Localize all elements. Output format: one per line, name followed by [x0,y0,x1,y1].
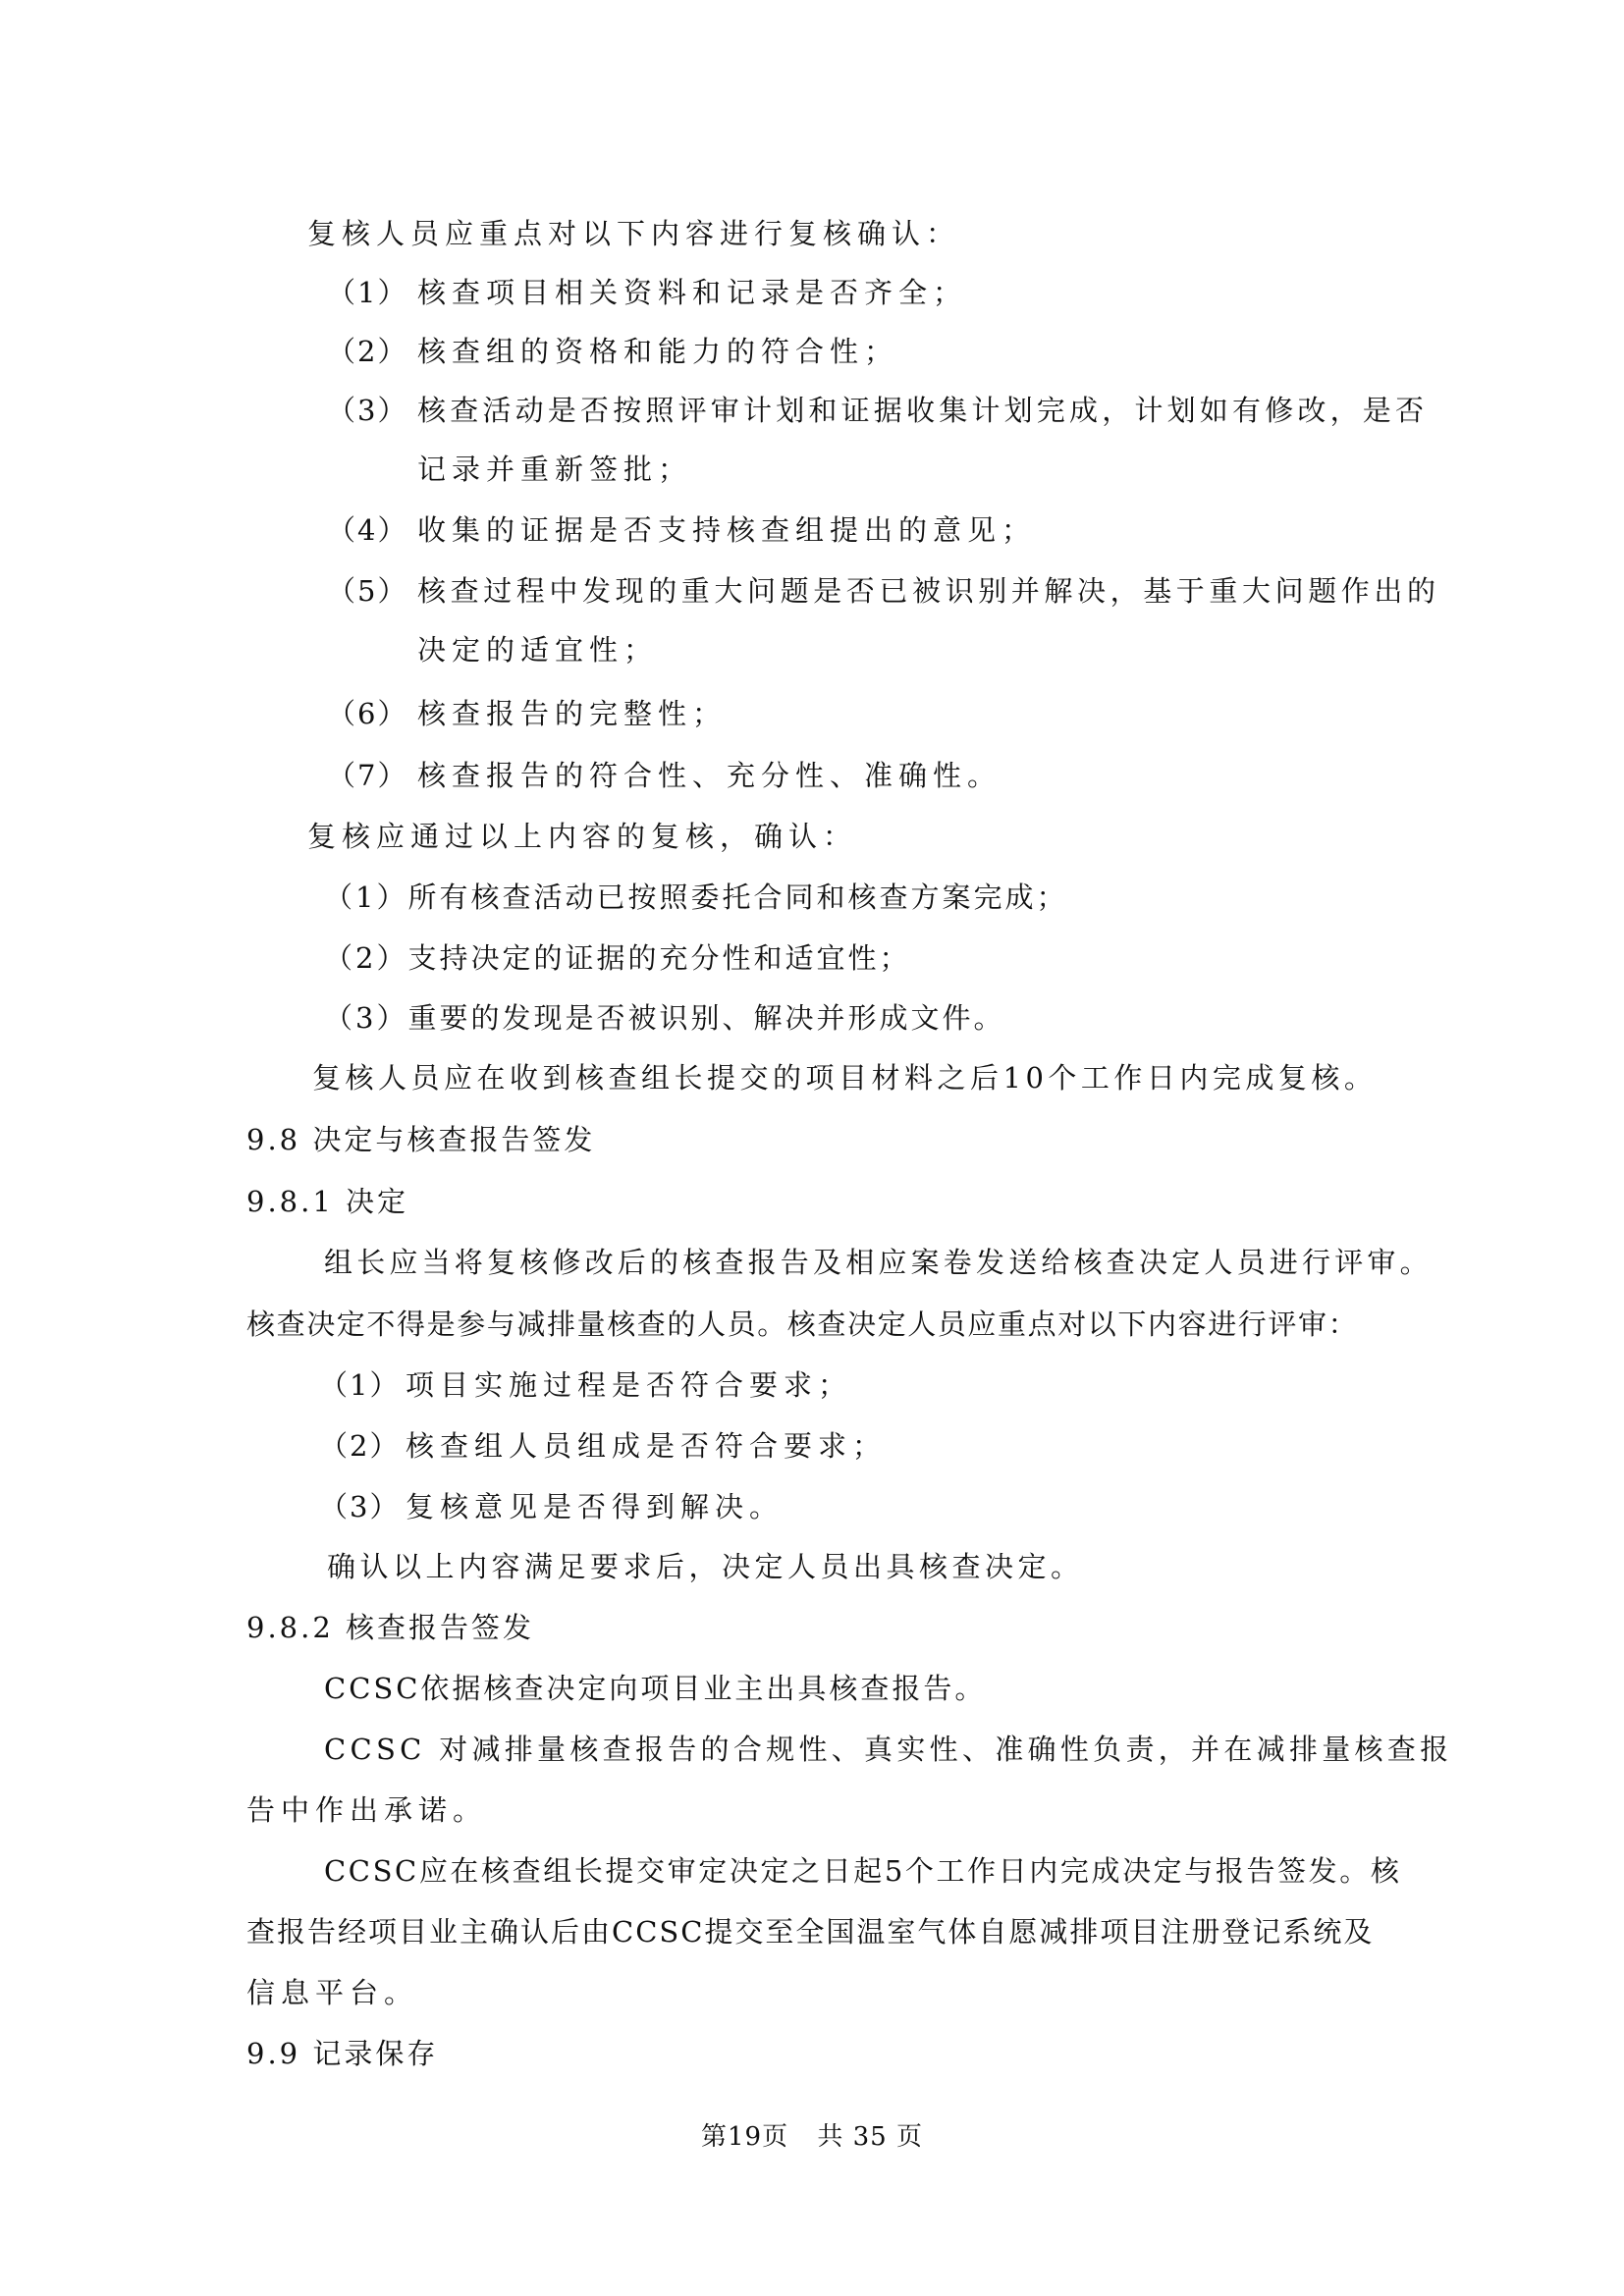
review-item-3-cont: 记录并重新签批； [417,452,692,487]
review-item-6-num: （6） [327,696,407,731]
review-deadline-para: 复核人员应在收到核查组长提交的项目材料之后10个工作日内完成复核。 [312,1060,1377,1095]
issue-para-2-line2: 告中作出承诺。 [246,1792,487,1828]
decision-item-1-num: （1） [319,1367,400,1403]
issue-para-1: CCSC依据核查决定向项目业主出具核查报告。 [324,1671,986,1706]
confirm-item-2: （2）支持决定的证据的充分性和适宜性； [324,940,910,976]
issue-para-2-line1: CCSC 对减排量核查报告的合规性、真实性、准确性负责，并在减排量核查报 [324,1732,1452,1767]
section-heading-9-8-1: 9.8.1 决定 [246,1184,408,1219]
section-heading-9-9: 9.9 记录保存 [246,2036,438,2071]
confirm-intro: 复核应通过以上内容的复核，确认： [307,819,857,854]
review-item-5-cont: 决定的适宜性； [417,632,658,667]
section-heading-9-8-2: 9.8.2 核查报告签发 [246,1610,534,1645]
decision-item-1-text: 项目实施过程是否符合要求； [406,1367,852,1403]
review-item-1-num: （1） [327,275,407,310]
page-total: 共 35 页 [817,2122,923,2152]
review-item-2-text: 核查组的资格和能力的符合性； [417,334,898,369]
review-item-4-num: （4） [327,512,407,548]
issue-para-3-line2: 查报告经项目业主确认后由CCSC提交至全国温室气体自愿减排项目注册登记系统及 [246,1914,1374,1949]
section-heading-9-8: 9.8 决定与核查报告签发 [246,1122,595,1157]
decision-para-line1: 组长应当将复核修改后的核查报告及相应案卷发送给核查决定人员进行评审。 [324,1245,1433,1280]
decision-item-3-text: 复核意见是否得到解决。 [406,1489,784,1524]
page-number: 第19页 [701,2122,788,2152]
decision-conclusion: 确认以上内容满足要求后，决定人员出具核查决定。 [327,1549,1084,1584]
decision-item-2-text: 核查组人员组成是否符合要求； [406,1428,887,1464]
review-item-4-text: 收集的证据是否支持核查组提出的意见； [417,512,1036,548]
review-item-5-text: 核查过程中发现的重大问题是否已被识别并解决，基于重大问题作出的 [417,573,1440,609]
decision-item-2-num: （2） [319,1428,400,1464]
decision-item-3-num: （3） [319,1489,400,1524]
confirm-item-1: （1）所有核查活动已按照委托合同和核查方案完成； [324,880,1067,915]
review-item-6-text: 核查报告的完整性； [417,696,727,731]
review-item-7-num: （7） [327,758,407,793]
review-item-3-text: 核查活动是否按照评审计划和证据收集计划完成，计划如有修改，是否 [417,393,1428,428]
decision-para-line2: 核查决定不得是参与减排量核查的人员。核查决定人员应重点对以下内容进行评审： [246,1307,1358,1342]
review-item-3-num: （3） [327,393,407,428]
review-item-1-text: 核查项目相关资料和记录是否齐全； [417,275,967,310]
review-item-2-num: （2） [327,334,407,369]
page-footer: 第19页 共 35 页 [0,2120,1624,2154]
issue-para-3-line1: CCSC应在核查组长提交审定决定之日起5个工作日内完成决定与报告签发。核 [324,1853,1402,1889]
confirm-item-3: （3）重要的发现是否被识别、解决并形成文件。 [324,1000,1004,1036]
review-item-7-text: 核查报告的符合性、充分性、准确性。 [417,758,1001,793]
review-intro: 复核人员应重点对以下内容进行复核确认： [307,216,960,251]
review-item-5-num: （5） [327,573,407,609]
issue-para-3-line3: 信息平台。 [246,1975,418,2010]
